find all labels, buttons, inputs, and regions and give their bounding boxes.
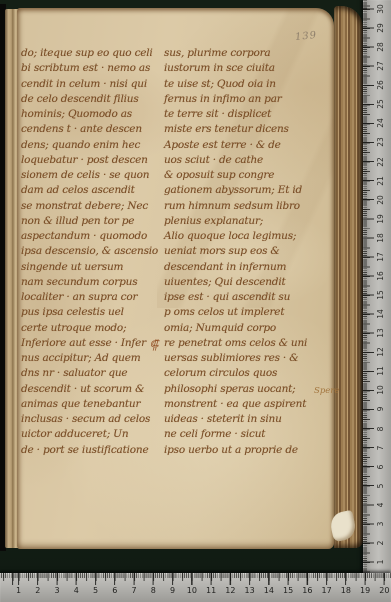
ruler-number: 2 (30, 586, 46, 595)
manuscript-line: dns nr · saluator que (21, 366, 161, 381)
ruler-number: 23 (376, 134, 386, 150)
manuscript-line: ueniat mors sup eos & (164, 244, 334, 259)
ruler-number: 13 (376, 325, 386, 341)
manuscript-line: re penetrat oms celos & uni (164, 336, 334, 351)
manuscript-line: monstrent · ea que aspirent (164, 397, 334, 412)
ruler-number: 28 (376, 39, 386, 55)
ruler-number: 19 (376, 211, 386, 227)
ruler-number: 20 (376, 192, 386, 208)
ruler-number: 29 (376, 20, 386, 36)
manuscript-line: localiter · an supra cor (21, 290, 161, 305)
ruler-number: 7 (376, 440, 386, 456)
manuscript-line: ipso uerbo ut a proprie de (164, 443, 334, 458)
ruler-number: 8 (376, 421, 386, 437)
manuscript-line: uersas sublimiores res · & (164, 351, 334, 366)
manuscript-line: miste ers tenetur dicens (164, 122, 334, 137)
ruler-number: 17 (319, 586, 335, 595)
manuscript-line: descendit · ut scorum & (21, 382, 161, 397)
manuscript-line: plenius explanatur; (164, 214, 334, 229)
ruler-number: 1 (11, 586, 27, 595)
manuscript-line: rum himnum sedsum libro (164, 199, 334, 214)
ruler-number: 21 (376, 173, 386, 189)
ruler-number: 5 (88, 586, 104, 595)
ruler-number: 10 (184, 586, 200, 595)
vertical-ruler-cm-ticks (363, 0, 374, 585)
ruler-number: 13 (242, 586, 258, 595)
ruler-number: 7 (126, 586, 142, 595)
manuscript-line: p oms celos ut impleret (164, 305, 334, 320)
manuscript-line: ipsa descensio, & ascensio (21, 244, 161, 259)
ruler-number: 9 (165, 586, 181, 595)
manuscript-line: inclusas · secum ad celos (21, 412, 161, 427)
manuscript-line: animas que tenebantur (21, 397, 161, 412)
manuscript-line: descendant in infernum (164, 260, 334, 275)
manuscript-line: philosophi speras uocant; (164, 382, 334, 397)
ruler-number: 4 (68, 586, 84, 595)
manuscript-line: se monstrat debere; Nec (21, 199, 161, 214)
ruler-number: 22 (376, 154, 386, 170)
ruler-number: 5 (376, 478, 386, 494)
ruler-number: 14 (261, 586, 277, 595)
ruler-number: 1 (376, 554, 386, 570)
ruler-number: 6 (376, 459, 386, 475)
manuscript-line: de celo descendit filius (21, 92, 161, 107)
manuscript-line: de · port se iustificatione (21, 443, 161, 458)
manuscript-line: & oposuit sup congre (164, 168, 334, 183)
manuscript-line: uos sciut · de cathe (164, 153, 334, 168)
manuscript-line: singende ut uersum (21, 260, 161, 275)
manuscript-line: te uise st; Quod oia in (164, 77, 334, 92)
text-column-right: sus, plurime corporaiustorum in sce ciui… (164, 46, 334, 458)
manuscript-line: te terre sit · displicet (164, 107, 334, 122)
manuscript-line: dens; quando enim hec (21, 138, 161, 153)
manuscript-line: ne celi forme · sicut (164, 427, 334, 442)
folio-number: 139 (294, 30, 317, 43)
horizontal-ruler-cm-ticks (0, 573, 391, 585)
margin-note-spere: Spere (314, 386, 339, 396)
manuscript-line: uideas · steterit in sinu (164, 412, 334, 427)
manuscript-line: uiuentes; Qui descendit (164, 275, 334, 290)
text-column-left: do; iteque sup eo quo celibi scribtum es… (21, 46, 161, 458)
manuscript-line: Alio quoque loca legimus; (164, 229, 334, 244)
ruler-number: 11 (376, 363, 386, 379)
page-edges-stack (334, 6, 363, 548)
ruler-number: 17 (376, 249, 386, 265)
manuscript-line: cendit in celum · nisi qui (21, 77, 161, 92)
manuscript-line: omia; Numquid corpo (164, 321, 334, 336)
manuscript-line: do; iteque sup eo quo celi (21, 46, 161, 61)
ruler-number: 14 (376, 306, 386, 322)
manuscript-line: iustorum in sce ciuita (164, 61, 334, 76)
ruler-number: 9 (376, 401, 386, 417)
ruler-number: 20 (376, 586, 391, 595)
nota-mark-icon: ⸿ (149, 335, 158, 353)
ruler-number: 15 (280, 586, 296, 595)
manuscript-line: sionem de celis · se quon (21, 168, 161, 183)
ruler-number: 18 (376, 230, 386, 246)
ruler-number: 19 (357, 586, 373, 595)
ruler-number: 11 (203, 586, 219, 595)
manuscript-line: bi scribtum est · nemo as (21, 61, 161, 76)
ruler-number: 12 (222, 586, 238, 595)
ruler-number: 30 (376, 1, 386, 17)
manuscript-line: Aposte est terre · & de (164, 138, 334, 153)
ruler-number: 10 (376, 382, 386, 398)
ruler-number: 24 (376, 115, 386, 131)
ruler-number: 3 (49, 586, 65, 595)
ruler-number: 16 (299, 586, 315, 595)
ruler-number: 8 (145, 586, 161, 595)
ruler-number: 26 (376, 77, 386, 93)
ruler-number: 4 (376, 497, 386, 513)
manuscript-line: sus, plurime corpora (164, 46, 334, 61)
manuscript-line: Inferiore aut esse · Infer (21, 336, 161, 351)
manuscript-line: non & illud pen tor pe (21, 214, 161, 229)
manuscript-line: pus ipsa celestis uel (21, 305, 161, 320)
manuscript-line: aspectandum · quomodo (21, 229, 161, 244)
manuscript-line: celorum circulos quos (164, 366, 334, 381)
ruler-number: 16 (376, 268, 386, 284)
manuscript-line: ipse est · qui ascendit su (164, 290, 334, 305)
ruler-number: 15 (376, 287, 386, 303)
ruler-number: 25 (376, 96, 386, 112)
ruler-number: 2 (376, 535, 386, 551)
horizontal-ruler: 1234567891011121314151617181920 (0, 573, 391, 602)
manuscript-line: fernus in infimo an par (164, 92, 334, 107)
manuscript-line: uictor adduceret; Un (21, 427, 161, 442)
manuscript-photo: do; iteque sup eo quo celibi scribtum es… (0, 0, 391, 602)
ruler-number: 18 (338, 586, 354, 595)
manuscript-line: nam secundum corpus (21, 275, 161, 290)
ruler-number: 3 (376, 516, 386, 532)
vertical-ruler: 3029282726252423222120191817161514131211… (363, 0, 391, 585)
manuscript-line: cendens t · ante descen (21, 122, 161, 137)
manuscript-line: loquebatur · post descen (21, 153, 161, 168)
manuscript-line: certe utroque modo; (21, 321, 161, 336)
ruler-number: 12 (376, 344, 386, 360)
ruler-number: 27 (376, 58, 386, 74)
manuscript-line: dam ad celos ascendit (21, 183, 161, 198)
manuscript-line: nus accipitur; Ad quem (21, 351, 161, 366)
manuscript-line: gationem abyssorum; Et id (164, 183, 334, 198)
ruler-number: 6 (107, 586, 123, 595)
manuscript-line: hominis; Quomodo as (21, 107, 161, 122)
